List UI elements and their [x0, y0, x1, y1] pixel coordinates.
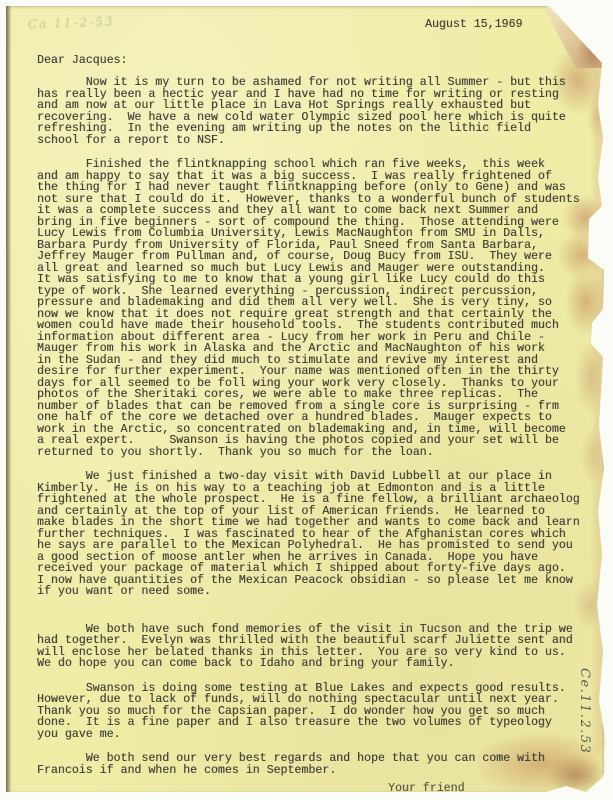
- paper-left-edge-shadow: [6, 6, 11, 794]
- letter-line: if you want or need some.: [37, 586, 599, 598]
- letter-line: had together. Evelyn was thrilled with t…: [37, 635, 599, 647]
- letter-paragraph: We both send our very best regards and h…: [37, 753, 599, 776]
- letter-line: a real expert. Swanson is having the pho…: [37, 435, 599, 447]
- letter-line: Lucy Lewis from Columbia University, Lew…: [37, 228, 599, 240]
- letter-line: and am now at our little place in Lava H…: [37, 100, 599, 112]
- letter-line: It was satisfying to me to know that a y…: [37, 274, 599, 286]
- letter-closing: Your friend: [388, 783, 465, 795]
- letter-line: school for a report to NSF.: [37, 135, 599, 147]
- letter-line: make blades in the short time we had tog…: [37, 517, 599, 529]
- letter-line: received your package of material which …: [37, 563, 599, 575]
- letter-line: returned to you shortly. Thank you so mu…: [37, 447, 599, 459]
- letter-date: August 15,1969: [425, 19, 522, 31]
- letter-paragraph: We just finished a two-day visit with Da…: [37, 471, 599, 598]
- letter-line: you gave me.: [37, 729, 599, 741]
- letter-line: Now it is my turn to be ashamed for not …: [37, 77, 599, 89]
- letter-salutation: Dear Jacques:: [37, 55, 127, 67]
- letter-line: Jeffrey Mauger from Pullman and, of cour…: [37, 251, 599, 263]
- scanned-letter-page: Ca 11-2-53 August 15,1969 Dear Jacques: …: [0, 0, 613, 800]
- letter-line: Francois if and when he comes in Septemb…: [37, 765, 599, 777]
- letter-line: the thing for I had never taught flintkn…: [37, 182, 599, 194]
- letter-line: Finished the flintknapping school which …: [37, 159, 599, 171]
- letter-line: Mauger from his work in Alaska and the A…: [37, 343, 599, 355]
- letter-line: We both send our very best regards and h…: [37, 753, 599, 765]
- letter-line: photos of the Sheritaki cores, we were a…: [37, 389, 599, 401]
- letter-paragraph: Swanson is doing some testing at Blue La…: [37, 683, 599, 741]
- pencil-annotation-top-left: Ca 11-2-53: [28, 14, 115, 31]
- letter-paper: Ca 11-2-53 August 15,1969 Dear Jacques: …: [6, 6, 604, 794]
- letter-line: done. It is a fine paper and I also trea…: [37, 717, 599, 729]
- letter-line: women could have made their household to…: [37, 320, 599, 332]
- letter-line: However, due to lack of funds, will do n…: [37, 694, 599, 706]
- letter-body: Now it is my turn to be ashamed for not …: [37, 77, 599, 789]
- letter-line: We do hope you can come back to Idaho an…: [37, 658, 599, 670]
- letter-line: pressure and blademaking and did them al…: [37, 297, 599, 309]
- letter-line: one half of the core we detached over a …: [37, 412, 599, 424]
- letter-line: he says are parallel to the Mexican Poly…: [37, 540, 599, 552]
- letter-line: it was a complete success and they all w…: [37, 205, 599, 217]
- letter-paragraph: Finished the flintknapping school which …: [37, 159, 599, 458]
- letter-line: desire for further experiment. Your name…: [37, 366, 599, 378]
- letter-line: frightened at the whole prospect. He is …: [37, 494, 599, 506]
- letter-paragraph: Now it is my turn to be ashamed for not …: [37, 77, 599, 146]
- catalog-annotation-right-margin: Ce.11.2.53: [577, 668, 592, 754]
- letter-line: refreshing. In the evening am writing up…: [37, 123, 599, 135]
- letter-paragraph: We both have such fond memories of the v…: [37, 624, 599, 670]
- letter-line: We just finished a two-day visit with Da…: [37, 471, 599, 483]
